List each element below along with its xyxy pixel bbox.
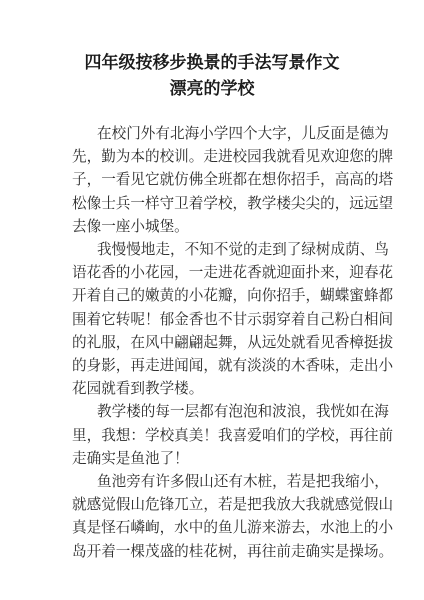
text-line: 围着它转呢！郁金香也不甘示弱穿着自己粉白相间 — [72, 308, 294, 331]
text-line: 的礼服，在风中翩翩起舞，从远处就看见香樟挺拔 — [72, 331, 294, 354]
document-title: 四年级按移步换景的手法写景作文 漂亮的学校 — [0, 50, 424, 102]
text-line: 我慢慢地走，不知不觉的走到了绿树成荫、鸟 — [72, 238, 294, 261]
text-line: 去像一座小城堡。 — [72, 215, 294, 238]
text-line: 花园就看到教学楼。 — [72, 377, 294, 400]
text-line: 真是怪石嶙峋，水中的鱼儿游来游去，水池上的小 — [72, 516, 294, 539]
text-line: 走确实是鱼池了！ — [72, 447, 294, 470]
text-line: 开着自己的嫩黄的小花瓣，向你招手，蝴蝶蜜蜂都 — [72, 284, 294, 307]
text-line: 语花香的小花园，一走进花香就迎面扑来，迎春花 — [72, 261, 294, 284]
document-page: 四年级按移步换景的手法写景作文 漂亮的学校 在校门外有北海小学四个大字，儿反面是… — [0, 0, 424, 600]
paragraph-2: 我慢慢地走，不知不觉的走到了绿树成荫、鸟 语花香的小花园，一走进花香就迎面扑来，… — [72, 238, 294, 400]
text-line: 的身影，再走进闻闻，就有淡淡的木香味，走出小 — [72, 354, 294, 377]
title-line-1: 四年级按移步换景的手法写景作文 — [0, 50, 424, 76]
paragraph-1: 在校门外有北海小学四个大字，儿反面是德为 先，勤为本的校训。走进校园我就看见欢迎… — [72, 122, 294, 238]
text-line: 鱼池旁有许多假山还有木桩，若是把我缩小， — [72, 470, 294, 493]
text-line: 里，我想：学校真美！我喜爱咱们的学校，再往前 — [72, 424, 294, 447]
title-line-2: 漂亮的学校 — [0, 76, 424, 102]
text-line: 在校门外有北海小学四个大字，儿反面是德为 — [72, 122, 294, 145]
text-line: 岛开着一棵茂盛的桂花树，再往前走确实是操场。 — [72, 540, 294, 563]
paragraph-4: 鱼池旁有许多假山还有木桩，若是把我缩小， 就感觉假山危锋兀立，若是把我放大我就感… — [72, 470, 294, 563]
text-line: 松像士兵一样守卫着学校，教学楼尖尖的，远远望 — [72, 192, 294, 215]
text-line: 教学楼的每一层都有泡泡和波浪，我恍如在海 — [72, 400, 294, 423]
text-line: 先，勤为本的校训。走进校园我就看见欢迎您的牌 — [72, 145, 294, 168]
essay-body: 在校门外有北海小学四个大字，儿反面是德为 先，勤为本的校训。走进校园我就看见欢迎… — [72, 122, 294, 563]
text-line: 子，一看见它就仿佛全班都在想你招手，高高的塔 — [72, 168, 294, 191]
paragraph-3: 教学楼的每一层都有泡泡和波浪，我恍如在海 里，我想：学校真美！我喜爱咱们的学校，… — [72, 400, 294, 470]
text-line: 就感觉假山危锋兀立，若是把我放大我就感觉假山 — [72, 493, 294, 516]
